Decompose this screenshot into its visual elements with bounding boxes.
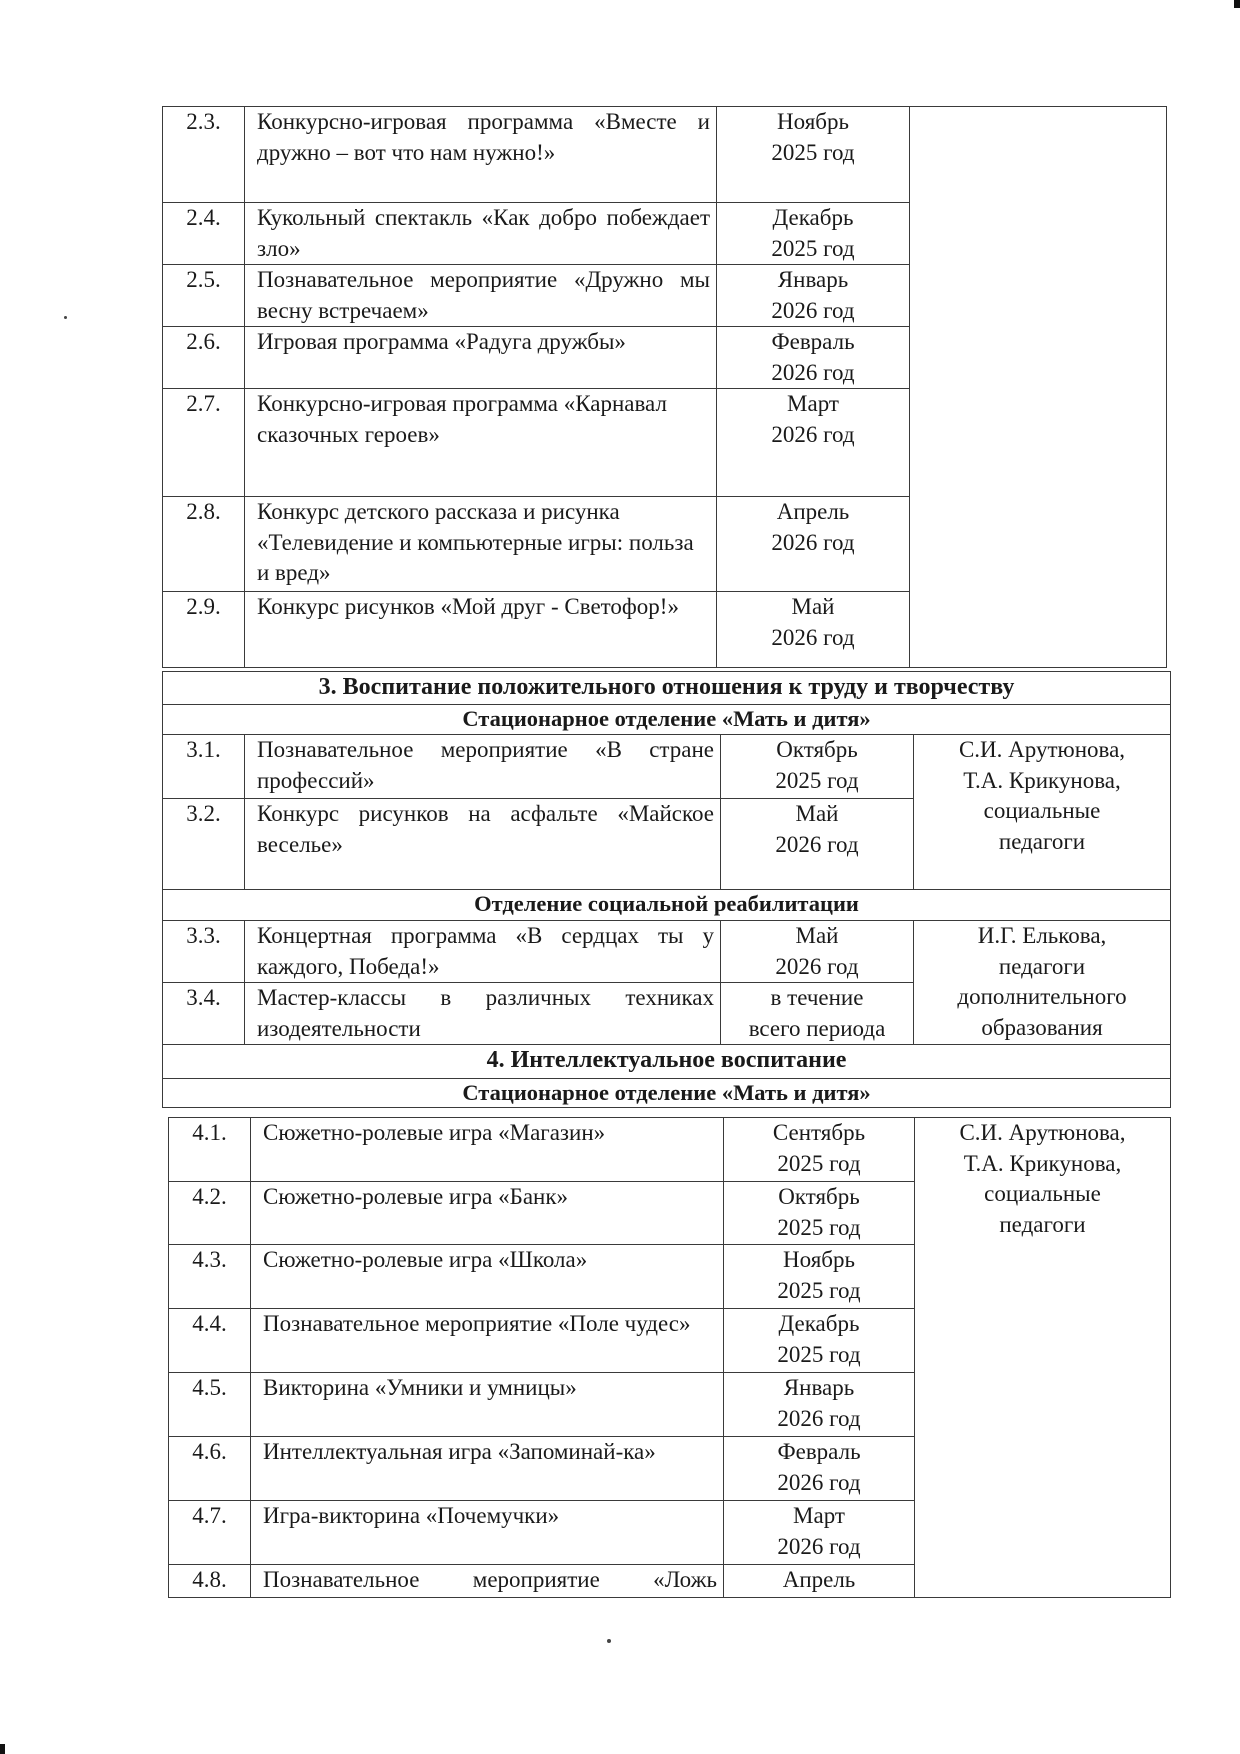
event-date: Март2026 год (724, 1501, 915, 1565)
date-year: 2026 год (771, 530, 854, 555)
responsible-line: С.И. Арутюнова, (959, 737, 1125, 762)
row-number: 2.8. (163, 497, 245, 592)
responsible-line: образования (981, 1015, 1102, 1040)
date-month: Апрель (783, 1567, 856, 1592)
responsible-line: социальные (984, 1181, 1101, 1206)
section-heading: 3. Воспитание положительного отношения к… (163, 672, 1171, 705)
date-year: 2026 год (775, 832, 858, 857)
row-number: 2.6. (163, 327, 245, 389)
date-year: всего периода (749, 1016, 886, 1041)
row-number: 4.3. (169, 1245, 251, 1309)
event-title: Конкурсно-игровая программа «Вместе и др… (245, 107, 717, 203)
event-date: Октябрь2025 год (721, 735, 914, 799)
date-month: Январь (784, 1375, 854, 1400)
date-year: 2026 год (775, 954, 858, 979)
subsection-heading: Стационарное отделение «Мать и дитя» (163, 705, 1171, 735)
row-number: 3.3. (163, 921, 245, 983)
events-table-section-2: 2.3. Конкурсно-игровая программа «Вместе… (162, 106, 1167, 668)
event-date: Ноябрь2025 год (717, 107, 910, 203)
scan-speck (607, 1639, 611, 1643)
responsible-persons: И.Г. Елькова, педагоги дополнительного о… (914, 921, 1171, 1045)
date-year: 2026 год (777, 1534, 860, 1559)
date-month: в течение (771, 985, 864, 1010)
row-number: 4.1. (169, 1118, 251, 1182)
table-row: 4.1. Сюжетно-ролевые игра «Магазин» Сент… (169, 1118, 1171, 1182)
row-number: 2.4. (163, 203, 245, 265)
event-date: Январь2026 год (724, 1373, 915, 1437)
date-month: Апрель (777, 499, 850, 524)
date-month: Сентябрь (773, 1120, 865, 1145)
section-heading: 4. Интеллектуальное воспитание (163, 1045, 1171, 1079)
table-row: 3.3. Концертная программа «В сердцах ты … (163, 921, 1171, 983)
event-title: Конкурсно-игровая программа «Карнавал ск… (245, 389, 717, 497)
row-number: 4.7. (169, 1501, 251, 1565)
event-date: Май2026 год (721, 921, 914, 983)
event-date: Декабрь2025 год (717, 203, 910, 265)
date-month: Декабрь (773, 205, 854, 230)
subsection-heading-row: Стационарное отделение «Мать и дитя» (163, 1079, 1171, 1108)
row-number: 4.6. (169, 1437, 251, 1501)
date-year: 2026 год (771, 298, 854, 323)
responsible-line: Т.А. Крикунова, (964, 1151, 1121, 1176)
date-year: 2025 год (771, 236, 854, 261)
table-row: 2.3. Конкурсно-игровая программа «Вместе… (163, 107, 1167, 203)
subsection-heading: Отделение социальной реабилитации (163, 890, 1171, 921)
event-title: Познавательное мероприятие «В стране про… (245, 735, 721, 799)
event-date: Март2026 год (717, 389, 910, 497)
event-title: Мастер-классы в различных техниках изоде… (245, 983, 721, 1045)
event-title: Конкурс детского рассказа и рисунка «Тел… (245, 497, 717, 592)
date-month: Ноябрь (783, 1247, 855, 1272)
scan-edge-mark (1234, 0, 1240, 8)
event-date: Декабрь2025 год (724, 1309, 915, 1373)
date-year: 2026 год (771, 422, 854, 447)
event-title: Познавательное мероприятие «Поле чудес» (251, 1309, 724, 1373)
date-month: Октябрь (776, 737, 858, 762)
event-title: Сюжетно-ролевые игра «Банк» (251, 1182, 724, 1245)
events-table-section-3: 3. Воспитание положительного отношения к… (162, 671, 1171, 1108)
responsible-persons: С.И. Арутюнова, Т.А. Крикунова, социальн… (914, 735, 1171, 890)
event-title: Сюжетно-ролевые игра «Школа» (251, 1245, 724, 1309)
event-date: Апрель2026 год (717, 497, 910, 592)
date-year: 2026 год (771, 625, 854, 650)
event-title: Познавательное мероприятие «Дружно мы ве… (245, 265, 717, 327)
date-month: Январь (778, 267, 848, 292)
responsible-line: педагоги (999, 829, 1085, 854)
date-month: Май (796, 801, 839, 826)
event-title: Игра-викторина «Почемучки» (251, 1501, 724, 1565)
row-number: 2.7. (163, 389, 245, 497)
event-title: Игровая программа «Радуга дружбы» (245, 327, 717, 389)
date-year: 2026 год (777, 1406, 860, 1431)
scanned-page: 2.3. Конкурсно-игровая программа «Вместе… (0, 0, 1240, 1754)
row-number: 3.2. (163, 799, 245, 890)
row-number: 2.5. (163, 265, 245, 327)
row-number: 4.4. (169, 1309, 251, 1373)
event-date: Сентябрь2025 год (724, 1118, 915, 1182)
row-number: 4.8. (169, 1565, 251, 1598)
responsible-persons: С.И. Арутюнова, Т.А. Крикунова, социальн… (915, 1118, 1171, 1598)
event-date: Май2026 год (721, 799, 914, 890)
event-date: Октябрь2025 год (724, 1182, 915, 1245)
event-title: Интеллектуальная игра «Запоминай-ка» (251, 1437, 724, 1501)
responsible-line: педагоги (999, 954, 1085, 979)
event-title: Конкурс рисунков «Мой друг - Светофор!» (245, 592, 717, 668)
subsection-heading: Стационарное отделение «Мать и дитя» (163, 1079, 1171, 1108)
row-number: 3.4. (163, 983, 245, 1045)
date-year: 2025 год (775, 768, 858, 793)
section-heading-row: 3. Воспитание положительного отношения к… (163, 672, 1171, 705)
event-date: Апрель (724, 1565, 915, 1598)
date-month: Май (796, 923, 839, 948)
scan-edge-mark (0, 1744, 5, 1754)
responsible-line: И.Г. Елькова, (978, 923, 1107, 948)
event-title: Кукольный спектакль «Как добро побеждает… (245, 203, 717, 265)
table-row: 3.1. Познавательное мероприятие «В стран… (163, 735, 1171, 799)
date-year: 2025 год (777, 1215, 860, 1240)
responsible-line: Т.А. Крикунова, (963, 768, 1120, 793)
section-heading-row: 4. Интеллектуальное воспитание (163, 1045, 1171, 1079)
event-title: Концертная программа «В сердцах ты у каж… (245, 921, 721, 983)
event-date: Ноябрь2025 год (724, 1245, 915, 1309)
date-month: Октябрь (778, 1184, 860, 1209)
event-date: в течениевсего периода (721, 983, 914, 1045)
date-year: 2026 год (777, 1470, 860, 1495)
row-number: 3.1. (163, 735, 245, 799)
event-date: Январь2026 год (717, 265, 910, 327)
event-title: Конкурс рисунков на асфальте «Майское ве… (245, 799, 721, 890)
date-month: Март (787, 391, 839, 416)
responsible-line: дополнительного (957, 984, 1126, 1009)
row-number: 2.3. (163, 107, 245, 203)
subsection-heading-row: Стационарное отделение «Мать и дитя» (163, 705, 1171, 735)
event-date: Май2026 год (717, 592, 910, 668)
responsible-line: С.И. Арутюнова, (959, 1120, 1125, 1145)
responsible-line: педагоги (999, 1212, 1085, 1237)
events-table-section-4: 4.1. Сюжетно-ролевые игра «Магазин» Сент… (168, 1117, 1171, 1598)
responsible-line: социальные (984, 798, 1101, 823)
scan-speck (64, 316, 67, 319)
date-month: Февраль (777, 1439, 860, 1464)
date-month: Февраль (771, 329, 854, 354)
date-month: Ноябрь (777, 109, 849, 134)
date-year: 2026 год (771, 360, 854, 385)
date-year: 2025 год (777, 1151, 860, 1176)
event-title: Викторина «Умники и умницы» (251, 1373, 724, 1437)
date-year: 2025 год (771, 140, 854, 165)
event-title: Познавательное мероприятие «Ложь (251, 1565, 724, 1598)
event-title: Сюжетно-ролевые игра «Магазин» (251, 1118, 724, 1182)
responsible-cell-empty (910, 107, 1167, 668)
row-number: 4.5. (169, 1373, 251, 1437)
date-month: Май (792, 594, 835, 619)
date-month: Март (793, 1503, 845, 1528)
row-number: 2.9. (163, 592, 245, 668)
date-year: 2025 год (777, 1342, 860, 1367)
subsection-heading-row: Отделение социальной реабилитации (163, 890, 1171, 921)
row-number: 4.2. (169, 1182, 251, 1245)
event-date: Февраль2026 год (724, 1437, 915, 1501)
date-year: 2025 год (777, 1278, 860, 1303)
event-date: Февраль2026 год (717, 327, 910, 389)
date-month: Декабрь (779, 1311, 860, 1336)
